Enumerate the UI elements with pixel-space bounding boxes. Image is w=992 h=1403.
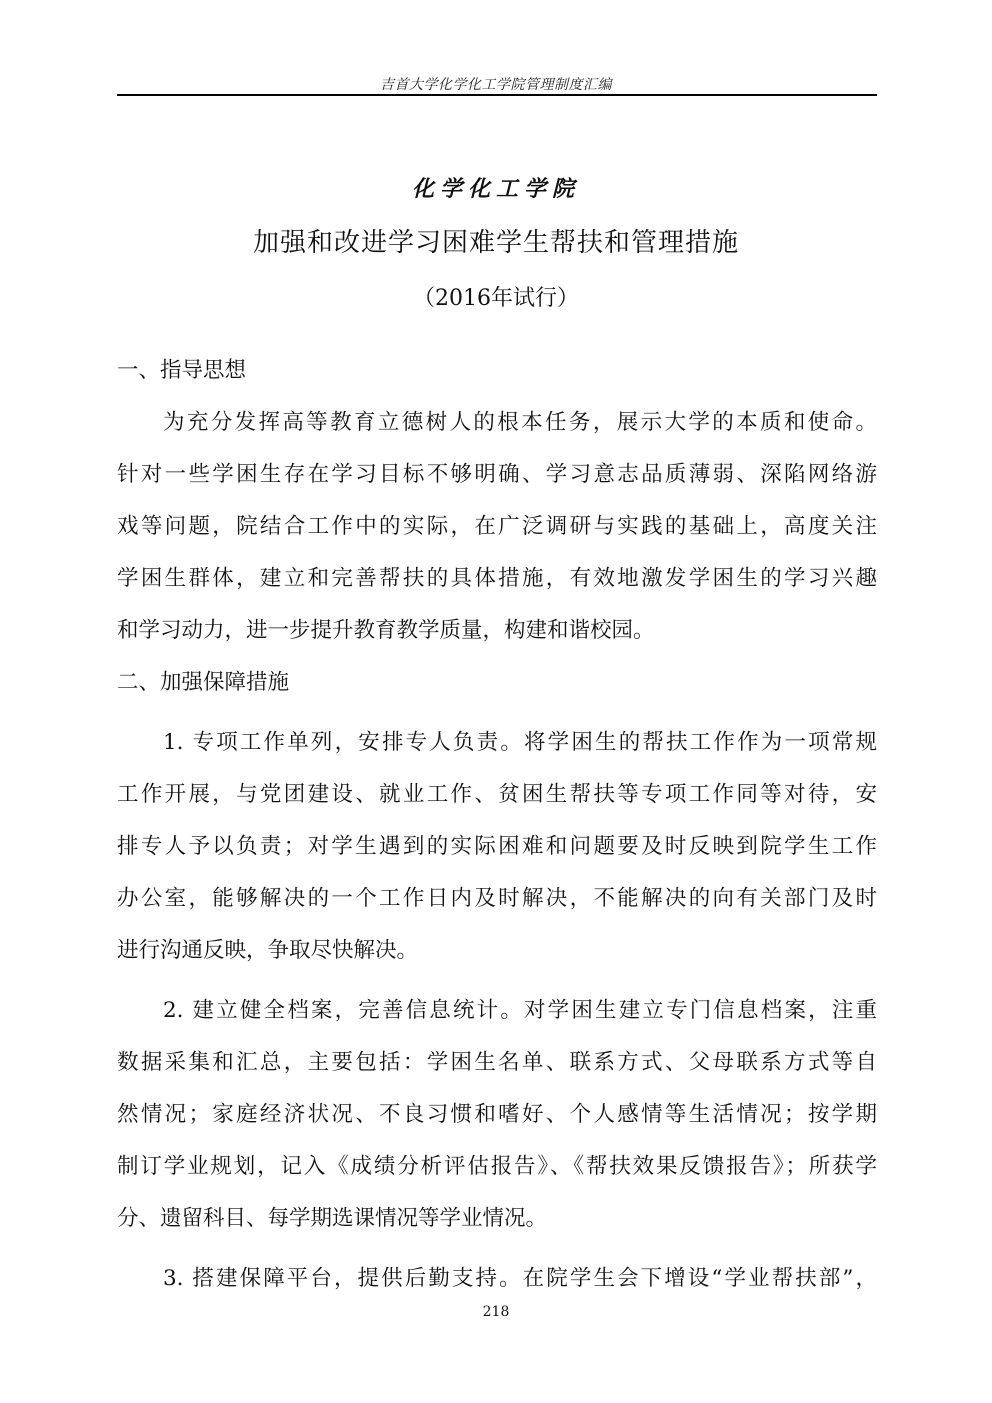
paragraph-line: 数据采集和汇总，主要包括：学困生名单、联系方式、父母联系方式等自	[117, 1037, 877, 1089]
paragraph-line: 3. 搭建保障平台，提供后勤支持。在院学生会下增设“学业帮扶部”，	[117, 1253, 877, 1305]
paragraph-line: 学困生群体，建立和完善帮扶的具体措施，有效地激发学困生的学习兴趣	[117, 553, 877, 605]
page-number: 218	[0, 1304, 992, 1320]
document-body: 一、指导思想 为充分发挥高等教育立德树人的根本任务，展示大学的本质和使命。 针对…	[117, 345, 877, 1305]
document-title: 加强和改进学习困难学生帮扶和管理措施	[0, 222, 992, 259]
paragraph-line: 针对一些学困生存在学习目标不够明确、学习意志品质薄弱、深陷网络游	[117, 449, 877, 501]
paragraph-line: 办公室，能够解决的一个工作日内及时解决，不能解决的向有关部门及时	[117, 873, 877, 925]
paragraph-line: 制订学业规划，记入《成绩分析评估报告》、《帮扶效果反馈报告》；所获学	[117, 1141, 877, 1193]
paragraph-line: 然情况；家庭经济状况、不良习惯和嗜好、个人感情等生活情况；按学期	[117, 1089, 877, 1141]
paragraph-line: 工作开展，与党团建设、就业工作、贫困生帮扶等专项工作同等对待，安	[117, 769, 877, 821]
header-divider	[117, 94, 877, 96]
paragraph-line: 为充分发挥高等教育立德树人的根本任务，展示大学的本质和使命。	[117, 397, 877, 449]
document-subtitle: （2016年试行）	[0, 281, 992, 312]
paragraph-line: 戏等问题，院结合工作中的实际，在广泛调研与实践的基础上，高度关注	[117, 501, 877, 553]
paragraph-line: 2. 建立健全档案，完善信息统计。对学困生建立专门信息档案，注重	[117, 985, 877, 1037]
running-header: 吉首大学化学化工学院管理制度汇编	[0, 74, 992, 94]
paragraph-line: 1. 专项工作单列，安排专人负责。将学困生的帮扶工作作为一项常规	[117, 717, 877, 769]
paragraph-line: 和学习动力，进一步提升教育教学质量，构建和谐校园。	[117, 605, 877, 657]
paragraph-line: 进行沟通反映，争取尽快解决。	[117, 925, 877, 977]
paragraph-line: 分、遗留科目、每学期选课情况等学业情况。	[117, 1193, 877, 1245]
section-heading-2: 二、加强保障措施	[117, 657, 877, 709]
section-heading-1: 一、指导思想	[117, 345, 877, 397]
college-title: 化学化工学院	[0, 172, 992, 203]
paragraph-line: 排专人予以负责；对学生遇到的实际困难和问题要及时反映到院学生工作	[117, 821, 877, 873]
